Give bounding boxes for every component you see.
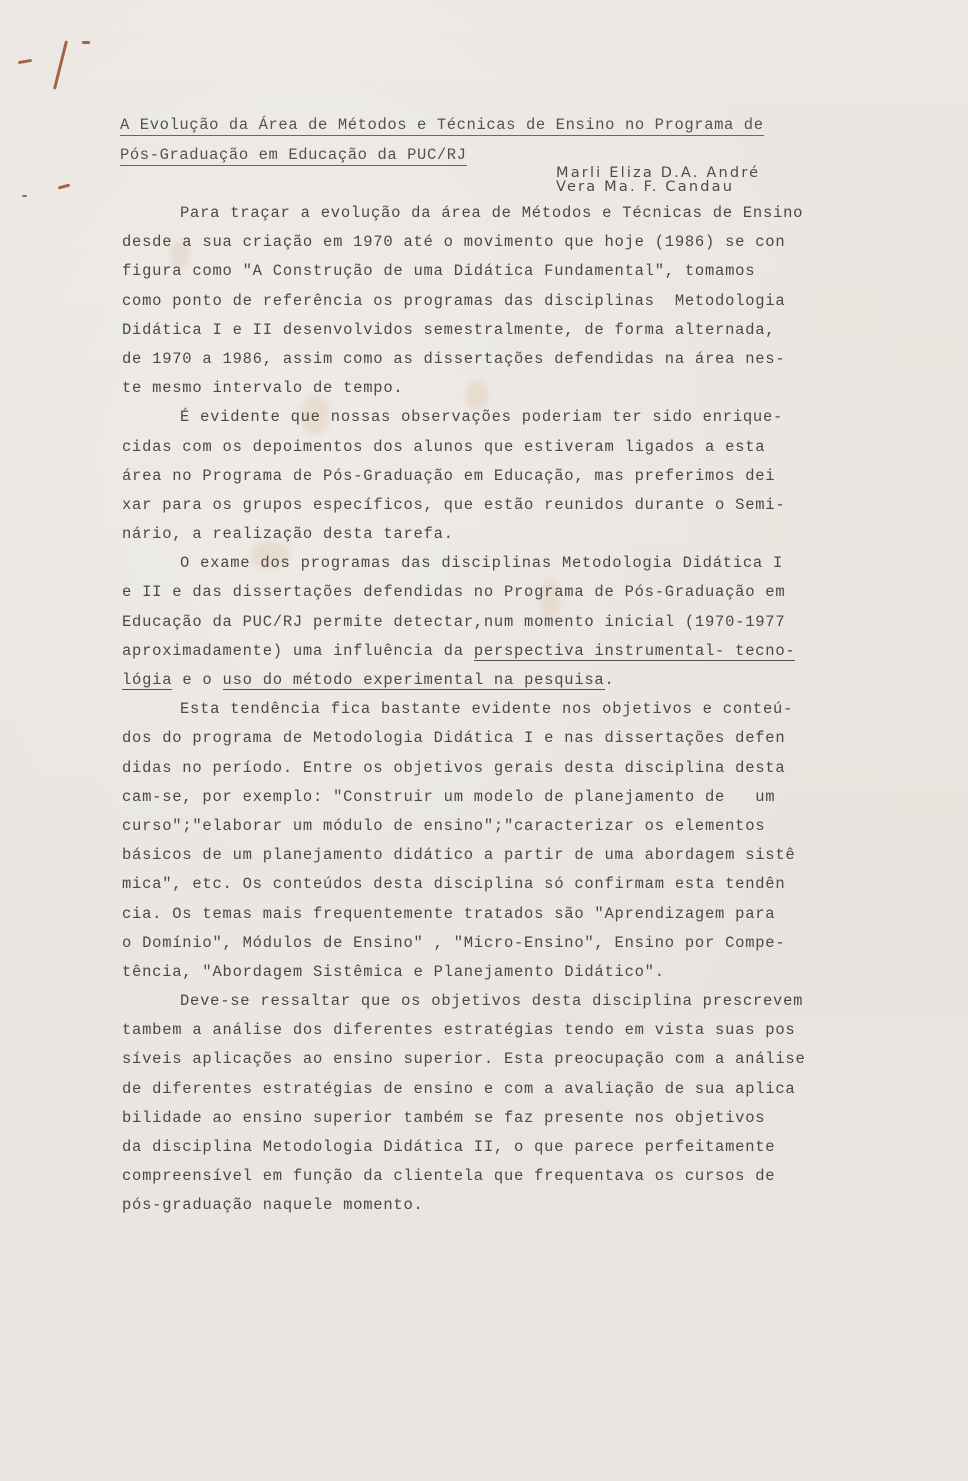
text-line: didas no período. Entre os objetivos ger… <box>122 754 922 783</box>
text-line: tambem a análise dos diferentes estratég… <box>122 1016 922 1045</box>
text-line: desde a sua criação em 1970 até o movime… <box>122 228 922 257</box>
author-name: Vera Ma. F. Candau <box>556 180 760 194</box>
text-line: te mesmo intervalo de tempo. <box>122 374 922 403</box>
text-line: nário, a realização desta tarefa. <box>122 520 922 549</box>
paragraph: Esta tendência fica bastante evidente no… <box>122 695 922 987</box>
text-line: figura como "A Construção de uma Didátic… <box>122 257 922 286</box>
text-line: aproximadamente) uma influência da persp… <box>122 637 922 666</box>
text-line: Didática I e II desenvolvidos semestralm… <box>122 316 922 345</box>
text-line: como ponto de referência os programas da… <box>122 287 922 316</box>
text-line: área no Programa de Pós-Graduação em Edu… <box>122 462 922 491</box>
text-line: tência, "Abordagem Sistêmica e Planejame… <box>122 958 922 987</box>
author-name: Marli Eliza D.A. André <box>556 166 760 180</box>
title-text: A Evolução da Área de Métodos e Técnicas… <box>120 116 764 136</box>
text-line: pós-graduação naquele momento. <box>122 1191 922 1220</box>
paragraph: Deve-se ressaltar que os objetivos desta… <box>122 987 922 1221</box>
rust-mark <box>82 41 90 44</box>
text-line: o Domínio", Módulos de Ensino" , "Micro-… <box>122 929 922 958</box>
rust-mark <box>22 195 27 197</box>
authors-block: Marli Eliza D.A. André Vera Ma. F. Canda… <box>556 166 760 194</box>
text-line: básicos de um planejamento didático a pa… <box>122 841 922 870</box>
text-segment: e o <box>172 671 222 689</box>
text-line: lógia e o uso do método experimental na … <box>122 666 922 695</box>
text-line: Esta tendência fica bastante evidente no… <box>122 695 922 724</box>
text-line: Para traçar a evolução da área de Método… <box>122 199 922 228</box>
text-line: bilidade ao ensino superior também se fa… <box>122 1104 922 1133</box>
text-line: cam-se, por exemplo: "Construir um model… <box>122 783 922 812</box>
document-body: Para traçar a evolução da área de Método… <box>122 199 922 1221</box>
text-line: Educação da PUC/RJ permite detectar,num … <box>122 608 922 637</box>
text-line: compreensível em função da clientela que… <box>122 1162 922 1191</box>
text-line: curso";"elaborar um módulo de ensino";"c… <box>122 812 922 841</box>
paragraph: Para traçar a evolução da área de Método… <box>122 199 922 403</box>
text-line: da disciplina Metodologia Didática II, o… <box>122 1133 922 1162</box>
text-segment: aproximadamente) uma influência da <box>122 642 474 660</box>
underlined-phrase: lógia <box>122 671 172 690</box>
underlined-phrase: perspectiva instrumental- tecno- <box>474 642 796 661</box>
text-line: Deve-se ressaltar que os objetivos desta… <box>122 987 922 1016</box>
title-text: Pós-Graduação em Educação da PUC/RJ <box>120 146 467 166</box>
underlined-phrase: uso do método experimental na pesquisa <box>223 671 605 690</box>
paragraph: O exame dos programas das disciplinas Me… <box>122 549 922 695</box>
text-line: É evidente que nossas observações poderi… <box>122 403 922 432</box>
text-line: cia. Os temas mais frequentemente tratad… <box>122 900 922 929</box>
text-line: cidas com os depoimentos dos alunos que … <box>122 433 922 462</box>
text-line: dos do programa de Metodologia Didática … <box>122 724 922 753</box>
text-line: e II e das dissertações defendidas no Pr… <box>122 578 922 607</box>
text-line: síveis aplicações ao ensino superior. Es… <box>122 1045 922 1074</box>
paragraph: É evidente que nossas observações poderi… <box>122 403 922 549</box>
text-line: O exame dos programas das disciplinas Me… <box>122 549 922 578</box>
document-title-line-2: Pós-Graduação em Educação da PUC/RJ <box>120 146 467 164</box>
text-line: de diferentes estratégias de ensino e co… <box>122 1075 922 1104</box>
document-title-line-1: A Evolução da Área de Métodos e Técnicas… <box>120 116 764 134</box>
text-line: mica", etc. Os conteúdos desta disciplin… <box>122 870 922 899</box>
text-line: de 1970 a 1986, assim como as dissertaçõ… <box>122 345 922 374</box>
text-segment: . <box>605 671 615 689</box>
text-line: xar para os grupos específicos, que estã… <box>122 491 922 520</box>
